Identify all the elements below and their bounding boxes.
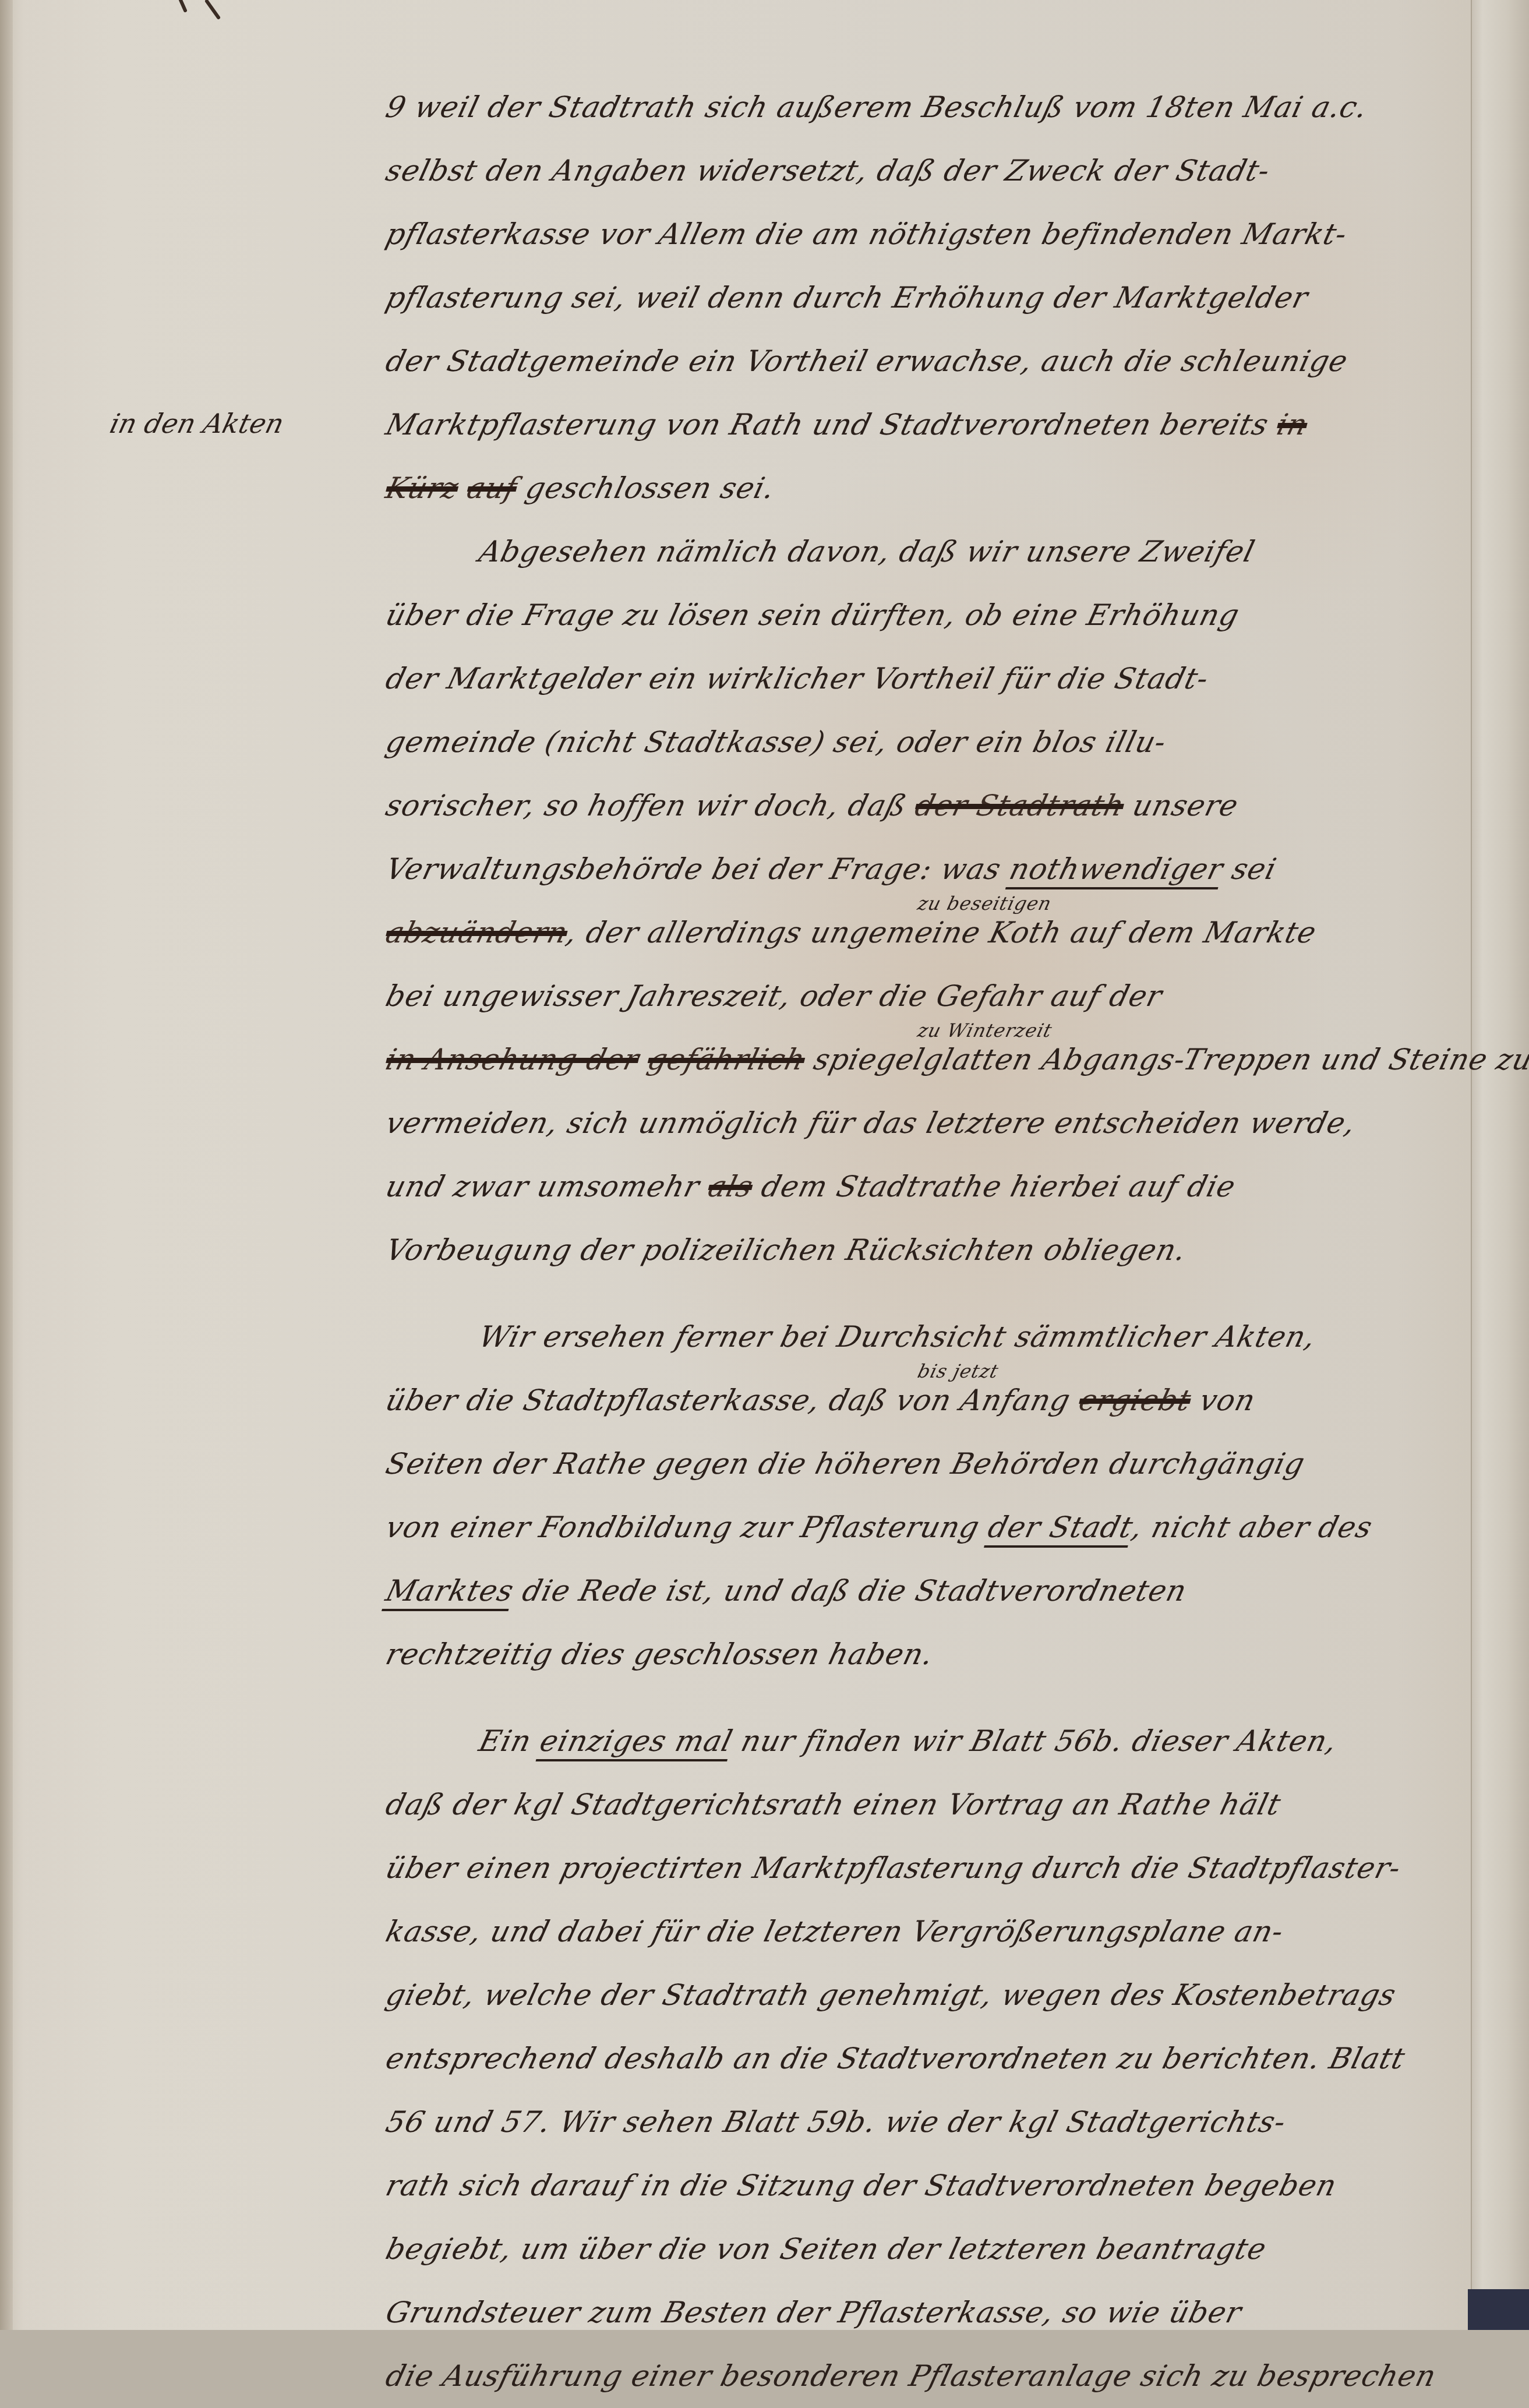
line-text: begiebt, um über die von Seiten der letz…	[382, 2232, 1270, 2266]
underlined-text: nothwendiger	[1006, 852, 1227, 886]
struck-text: in Ansehung der	[382, 1043, 642, 1076]
line-text: daß der kgl Stadtgerichtsrath einen Vort…	[382, 1788, 1284, 1821]
line-text: Wir ersehen ferner bei Durchsicht sämmtl…	[475, 1320, 1319, 1354]
line-text: Ein	[475, 1724, 545, 1758]
line-text: selbst den Angaben widersetzt, daß der Z…	[382, 154, 1273, 188]
line-text: von	[1187, 1383, 1259, 1417]
manuscript-line: zu Winterzeitin Ansehung der gefährlich …	[379, 1028, 1489, 1092]
manuscript-line: sorischer, so hoffen wir doch, daß der S…	[379, 774, 1489, 838]
struck-text: der Stadtrath	[912, 789, 1128, 822]
line-text: über die Stadtpflasterkasse, daß von Anf…	[382, 1383, 1083, 1417]
manuscript-line: zu beseitigenabzuändern, der allerdings …	[379, 901, 1489, 965]
struck-text: gefährlich	[644, 1043, 809, 1076]
struck-text: auf	[464, 471, 521, 505]
line-text: , nicht aber des	[1128, 1510, 1376, 1544]
line-text: Marktpflasterung von Rath und Stadtveror…	[382, 408, 1281, 442]
manuscript-line: Vorbeugung der polizeilichen Rücksichten…	[379, 1219, 1489, 1282]
line-text: vermeiden, sich unmöglich für das letzte…	[382, 1106, 1359, 1140]
manuscript-line: giebt, welche der Stadtrath genehmigt, w…	[379, 1964, 1489, 2027]
manuscript-line: Marktes die Rede ist, und daß die Stadtv…	[379, 1559, 1489, 1623]
manuscript-line: daß der kgl Stadtgerichtsrath einen Vort…	[379, 1773, 1489, 1837]
line-text: dem Stadtrathe hierbei auf die	[748, 1170, 1239, 1203]
manuscript-page: in den Akten 9 weil der Stadtrath sich a…	[0, 0, 1529, 2330]
line-text: kasse, und dabei für die letzteren Vergr…	[382, 1915, 1287, 1948]
interlinear-insertion: zu beseitigen	[916, 894, 1054, 913]
manuscript-line: bis jetztüber die Stadtpflasterkasse, da…	[379, 1369, 1489, 1432]
line-text: Grundsteuer zum Besten der Pflasterkasse…	[382, 2296, 1245, 2329]
manuscript-line: rechtzeitig dies geschlossen haben.	[379, 1623, 1489, 1686]
manuscript-line: vermeiden, sich unmöglich für das letzte…	[379, 1092, 1489, 1155]
manuscript-line: von einer Fondbildung zur Pflasterung de…	[379, 1496, 1489, 1559]
manuscript-line: bei ungewisser Jahreszeit, oder die Gefa…	[379, 965, 1489, 1028]
struck-text: ergiebt	[1075, 1383, 1195, 1417]
manuscript-line: der Marktgelder ein wirklicher Vortheil …	[379, 647, 1489, 711]
line-text: von einer Fondbildung zur Pflasterung	[382, 1510, 993, 1544]
page-binding-edge	[0, 0, 13, 2330]
line-text: rechtzeitig dies geschlossen haben.	[382, 1637, 937, 1671]
line-text: 9 weil der Stadtrath sich außerem Beschl…	[382, 90, 1371, 124]
line-text: über die Frage zu lösen sein dürften, ob…	[382, 598, 1243, 632]
manuscript-line: 56 und 57. Wir sehen Blatt 59b. wie der …	[379, 2091, 1489, 2154]
line-text: sorischer, so hoffen wir doch, daß	[382, 789, 920, 822]
line-text: , der allerdings ungemeine Koth auf dem …	[563, 916, 1320, 949]
manuscript-line: Kürz auf geschlossen sei.	[379, 457, 1489, 520]
line-text: Verwaltungsbehörde bei der Frage: was	[382, 852, 1014, 886]
line-text: pflasterung sei, weil denn durch Erhöhun…	[382, 281, 1312, 315]
manuscript-line: Marktpflasterung von Rath und Stadtveror…	[379, 393, 1489, 457]
underlined-text: einziges mal	[536, 1724, 736, 1758]
underlined-text: Marktes	[382, 1574, 517, 1608]
manuscript-line: über die Frage zu lösen sein dürften, ob…	[379, 584, 1489, 647]
manuscript-line: gemeinde (nicht Stadtkasse) sei, oder ei…	[379, 711, 1489, 774]
manuscript-line: über einen projectirten Marktpflasterung…	[379, 1837, 1489, 1900]
manuscript-line: selbst den Angaben widersetzt, daß der Z…	[379, 139, 1489, 203]
line-text: der Marktgelder ein wirklicher Vortheil …	[382, 662, 1212, 695]
manuscript-line: der Stadtgemeinde ein Vortheil erwachse,…	[379, 330, 1489, 393]
line-text: entsprechend deshalb an die Stadtverordn…	[382, 2042, 1408, 2075]
line-text: pflasterkasse vor Allem die am nöthigste…	[382, 217, 1351, 251]
line-text: der Stadtgemeinde ein Vortheil erwachse,…	[382, 344, 1351, 378]
line-text: Seiten der Rathe gegen die höheren Behör…	[382, 1447, 1308, 1481]
line-text: geschlossen sei.	[513, 471, 779, 505]
manuscript-line: begiebt, um über die von Seiten der letz…	[379, 2218, 1489, 2281]
line-text: 56 und 57. Wir sehen Blatt 59b. wie der …	[382, 2105, 1290, 2139]
manuscript-body: 9 weil der Stadtrath sich außerem Beschl…	[379, 76, 1474, 2330]
line-text: Abgesehen nämlich davon, daß wir unsere …	[475, 535, 1258, 569]
line-text: sei	[1219, 852, 1280, 886]
line-text: nur finden wir Blatt 56b. dieser Akten,	[728, 1724, 1341, 1758]
underlined-text: der Stadt	[985, 1510, 1137, 1544]
margin-note: in den Akten	[107, 408, 287, 439]
line-text: bei ungewisser Jahreszeit, oder die Gefa…	[382, 979, 1166, 1013]
line-text: über einen projectirten Marktpflasterung…	[382, 1851, 1404, 1885]
manuscript-line: Wir ersehen ferner bei Durchsicht sämmtl…	[379, 1305, 1489, 1369]
line-text: spiegelglatten Abgangs-Treppen und Stein…	[800, 1043, 1529, 1076]
manuscript-line: Grundsteuer zum Besten der Pflasterkasse…	[379, 2281, 1489, 2330]
manuscript-line: Abgesehen nämlich davon, daß wir unsere …	[379, 520, 1489, 584]
line-text: gemeinde (nicht Stadtkasse) sei, oder ei…	[382, 725, 1170, 759]
manuscript-line: pflasterkasse vor Allem die am nöthigste…	[379, 203, 1489, 266]
ink-blot-icon	[175, 0, 227, 23]
interlinear-insertion: zu Winterzeit	[916, 1021, 1054, 1040]
line-text: und zwar umsomehr	[382, 1170, 713, 1203]
manuscript-line: und zwar umsomehr als dem Stadtrathe hie…	[379, 1155, 1489, 1219]
interlinear-insertion: bis jetzt	[916, 1362, 1001, 1380]
manuscript-line: kasse, und dabei für die letzteren Vergr…	[379, 1900, 1489, 1964]
manuscript-line: Ein einziges mal nur finden wir Blatt 56…	[379, 1710, 1489, 1773]
manuscript-line: rath sich darauf in die Sitzung der Stad…	[379, 2154, 1489, 2218]
line-text: giebt, welche der Stadtrath genehmigt, w…	[382, 1978, 1399, 2012]
line-text: die Rede ist, und daß die Stadtverordnet…	[509, 1574, 1191, 1608]
manuscript-line: Seiten der Rathe gegen die höheren Behör…	[379, 1432, 1489, 1496]
line-text: rath sich darauf in die Sitzung der Stad…	[382, 2169, 1340, 2202]
manuscript-line: Verwaltungsbehörde bei der Frage: was no…	[379, 838, 1489, 901]
manuscript-line: entsprechend deshalb an die Stadtverordn…	[379, 2027, 1489, 2091]
line-text: unsere	[1120, 789, 1242, 822]
manuscript-line: 9 weil der Stadtrath sich außerem Beschl…	[379, 76, 1489, 139]
struck-text: abzuändern	[382, 916, 571, 949]
line-text: Vorbeugung der polizeilichen Rücksichten…	[382, 1233, 1190, 1267]
struck-text: Kürz	[382, 471, 462, 505]
manuscript-line: pflasterung sei, weil denn durch Erhöhun…	[379, 266, 1489, 330]
